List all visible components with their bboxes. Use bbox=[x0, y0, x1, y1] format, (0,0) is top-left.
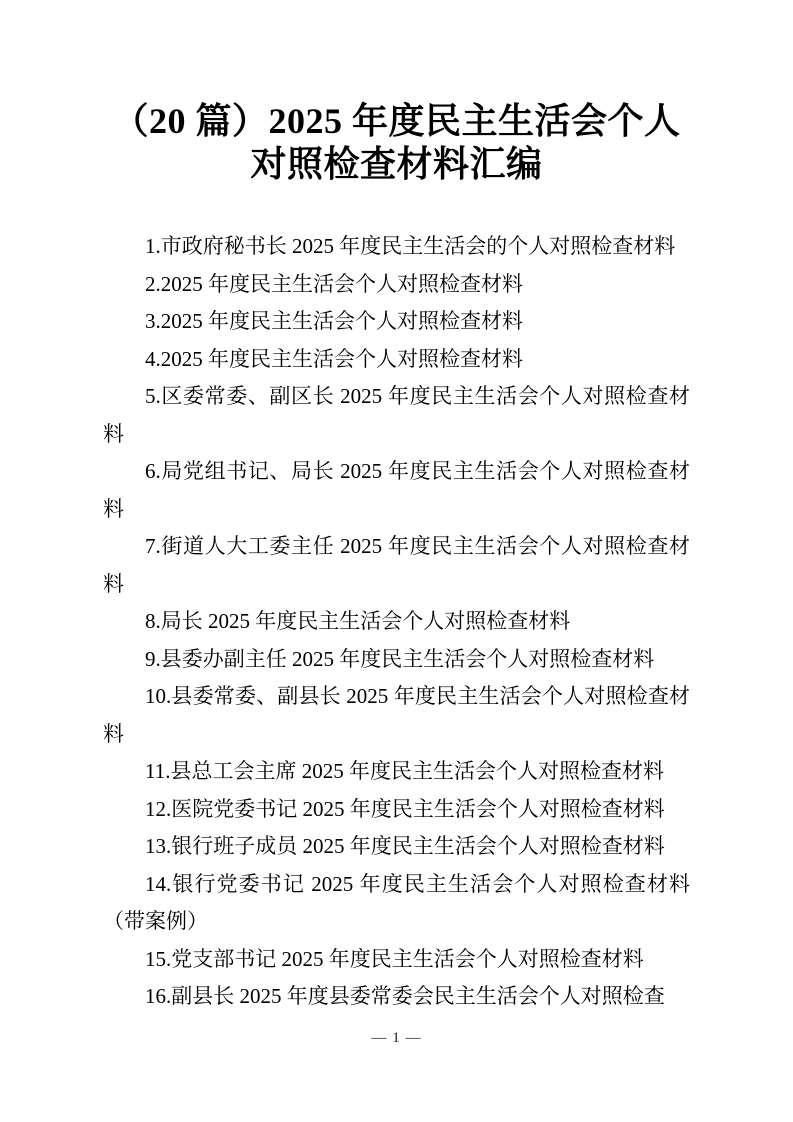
toc-item-8: 8.局长 2025 年度民主生活会个人对照检查材料 bbox=[103, 603, 690, 641]
toc-item-9: 9.县委办副主任 2025 年度民主生活会个人对照检查材料 bbox=[103, 641, 690, 679]
toc-item-15: 15.党支部书记 2025 年度民主生活会个人对照检查材料 bbox=[103, 941, 690, 979]
toc-item-14: 14.银行党委书记 2025 年度民主生活会个人对照检查材料（带案例） bbox=[103, 866, 690, 941]
page-number: — 1 — bbox=[0, 1030, 793, 1047]
toc-item-3: 3.2025 年度民主生活会个人对照检查材料 bbox=[103, 303, 690, 341]
toc-item-1: 1.市政府秘书长 2025 年度民主生活会的个人对照检查材料 bbox=[103, 228, 690, 266]
toc-item-4: 4.2025 年度民主生活会个人对照检查材料 bbox=[103, 341, 690, 379]
toc-item-13: 13.银行班子成员 2025 年度民主生活会个人对照检查材料 bbox=[103, 828, 690, 866]
toc-item-16: 16.副县长 2025 年度县委常委会民主生活会个人对照检查 bbox=[103, 978, 690, 1016]
toc-item-7: 7.街道人大工委主任 2025 年度民主生活会个人对照检查材料 bbox=[103, 528, 690, 603]
toc-item-2: 2.2025 年度民主生活会个人对照检查材料 bbox=[103, 266, 690, 304]
toc-item-11: 11.县总工会主席 2025 年度民主生活会个人对照检查材料 bbox=[103, 753, 690, 791]
document-title: （20 篇）2025 年度民主生活会个人对照检查材料汇编 bbox=[103, 100, 690, 186]
document-page: （20 篇）2025 年度民主生活会个人对照检查材料汇编 1.市政府秘书长 20… bbox=[0, 0, 793, 1122]
toc-list: 1.市政府秘书长 2025 年度民主生活会的个人对照检查材料 2.2025 年度… bbox=[103, 228, 690, 1016]
toc-item-12: 12.医院党委书记 2025 年度民主生活会个人对照检查材料 bbox=[103, 791, 690, 829]
toc-item-10: 10.县委常委、副县长 2025 年度民主生活会个人对照检查材料 bbox=[103, 678, 690, 753]
toc-item-5: 5.区委常委、副区长 2025 年度民主生活会个人对照检查材料 bbox=[103, 378, 690, 453]
toc-item-6: 6.局党组书记、局长 2025 年度民主生活会个人对照检查材料 bbox=[103, 453, 690, 528]
